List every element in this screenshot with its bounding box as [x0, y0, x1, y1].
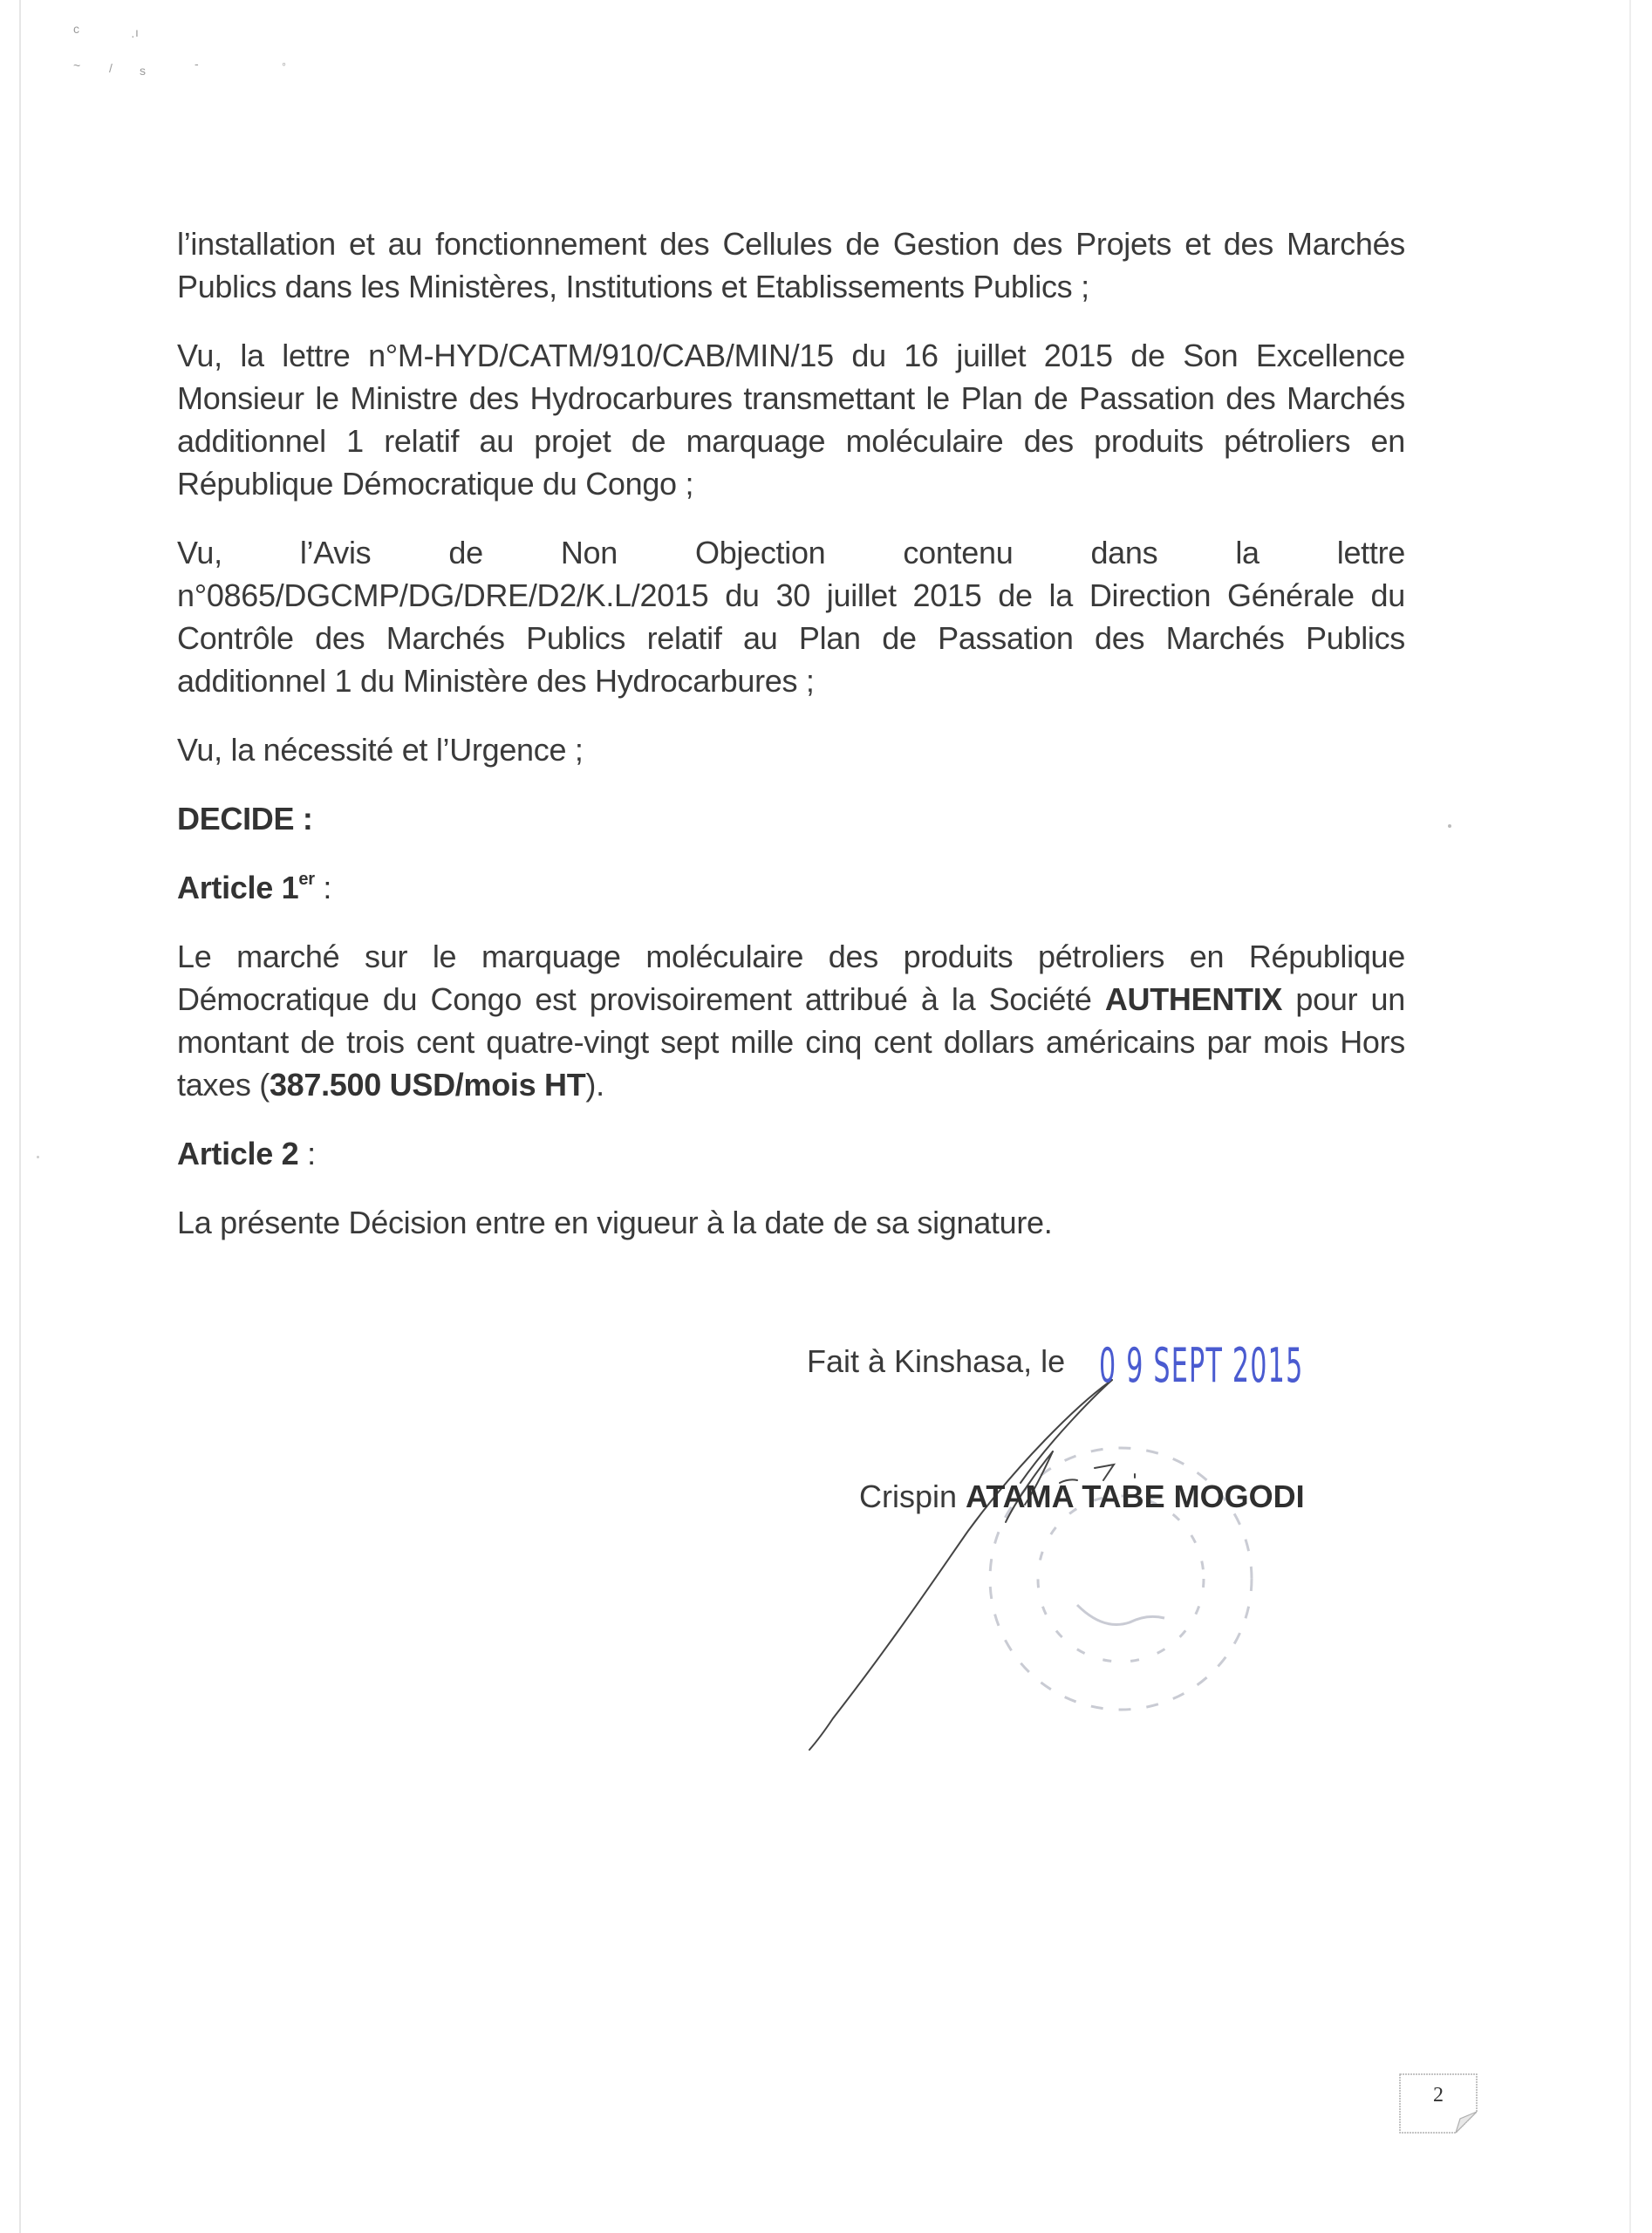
- signature-block: Fait à Kinshasa, le 0 9 SEPT 2015 Crispi…: [807, 1343, 1417, 1797]
- article-1-text: Le marché sur le marquage moléculaire de…: [177, 935, 1405, 1106]
- paragraph-vu-avis-rest: n°0865/DGCMP/DG/DRE/D2/K.L/2015 du 30 ju…: [177, 574, 1405, 702]
- scan-artifacts: c · ı ~ / s - ◦: [70, 22, 314, 83]
- scan-left-edge: [19, 0, 21, 2233]
- scan-speck: [37, 1156, 39, 1158]
- company-name: AUTHENTIX: [1105, 981, 1282, 1017]
- article-2-heading: Article 2 :: [177, 1132, 1405, 1175]
- contract-amount: 387.500 USD/mois HT: [270, 1067, 585, 1103]
- document-body: l’installation et au fonctionnement des …: [177, 222, 1405, 1270]
- paragraph-vu-lettre-ministre: Vu, la lettre n°M-HYD/CATM/910/CAB/MIN/1…: [177, 334, 1405, 505]
- scan-speck: [1448, 824, 1451, 828]
- place-and-date-label: Fait à Kinshasa, le: [807, 1343, 1065, 1380]
- scan-right-edge: [1629, 0, 1631, 2233]
- decide-heading: DECIDE :: [177, 797, 1405, 840]
- article-2-text: La présente Décision entre en vigueur à …: [177, 1201, 1405, 1244]
- paragraph-installation: l’installation et au fonctionnement des …: [177, 222, 1405, 308]
- article-1-colon: :: [315, 870, 331, 905]
- article-1-text-part3: ).: [585, 1067, 604, 1103]
- date-stamp: 0 9 SEPT 2015: [1099, 1338, 1303, 1393]
- article-1-heading: Article 1er :: [177, 866, 1405, 909]
- paragraph-vu-avis-line1: Vu, l’Avis de Non Objection contenu dans…: [177, 531, 1405, 574]
- page-number-box: 2: [1399, 2073, 1478, 2134]
- signatory-surname: ATAMA TABE MOGODI: [966, 1478, 1305, 1514]
- signatory-first-name: Crispin: [859, 1478, 966, 1514]
- paragraph-vu-avis-non-objection: Vu, l’Avis de Non Objection contenu dans…: [177, 531, 1405, 702]
- signatory-name: Crispin ATAMA TABE MOGODI: [859, 1478, 1305, 1515]
- page-number: 2: [1399, 2084, 1478, 2107]
- article-2-colon: :: [298, 1136, 315, 1171]
- official-seal-and-signature: [728, 1343, 1339, 1797]
- article-1-title: Article 1: [177, 870, 298, 905]
- signature-icon: [809, 1380, 1135, 1750]
- article-2-title: Article 2: [177, 1136, 298, 1171]
- article-1-superscript: er: [298, 870, 314, 889]
- paragraph-vu-urgence: Vu, la nécessité et l’Urgence ;: [177, 728, 1405, 771]
